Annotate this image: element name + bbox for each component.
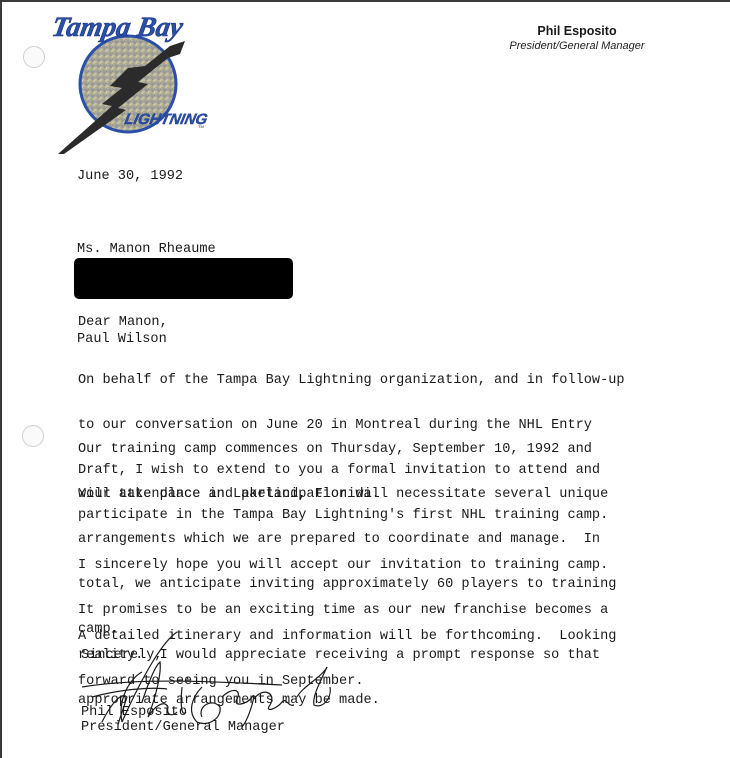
redacted-address-block [74, 258, 293, 299]
recipient-name: Ms. Manon Rheaume [77, 242, 216, 257]
trademark-mark: TM [198, 124, 204, 129]
letterhead-name: Phil Esposito [492, 24, 662, 38]
text-line: Your attendance and participation will n… [78, 487, 616, 502]
logo-top-text: Tampa Bay [50, 12, 186, 43]
tampa-bay-lightning-logo: Tampa Bay LIGHTNING TM [50, 6, 210, 156]
text-line: Our training camp commences on Thursday,… [78, 442, 592, 457]
signatory-name: Phil Esposito [81, 705, 187, 720]
hole-punch-top [23, 46, 45, 68]
hole-punch-middle [22, 425, 44, 447]
letter-page: Tampa Bay LIGHTNING TM Phil Esposito Pre… [0, 0, 730, 758]
signatory-title: President/General Manager [81, 720, 285, 735]
text-line: I sincerely hope you will accept our inv… [78, 558, 608, 573]
logo-bottom-text: LIGHTNING [123, 111, 209, 128]
text-line: On behalf of the Tampa Bay Lightning org… [78, 373, 625, 388]
letterhead-title: President/General Manager [492, 40, 662, 52]
salutation: Dear Manon, [78, 315, 168, 330]
letter-date: June 30, 1992 [77, 169, 183, 184]
